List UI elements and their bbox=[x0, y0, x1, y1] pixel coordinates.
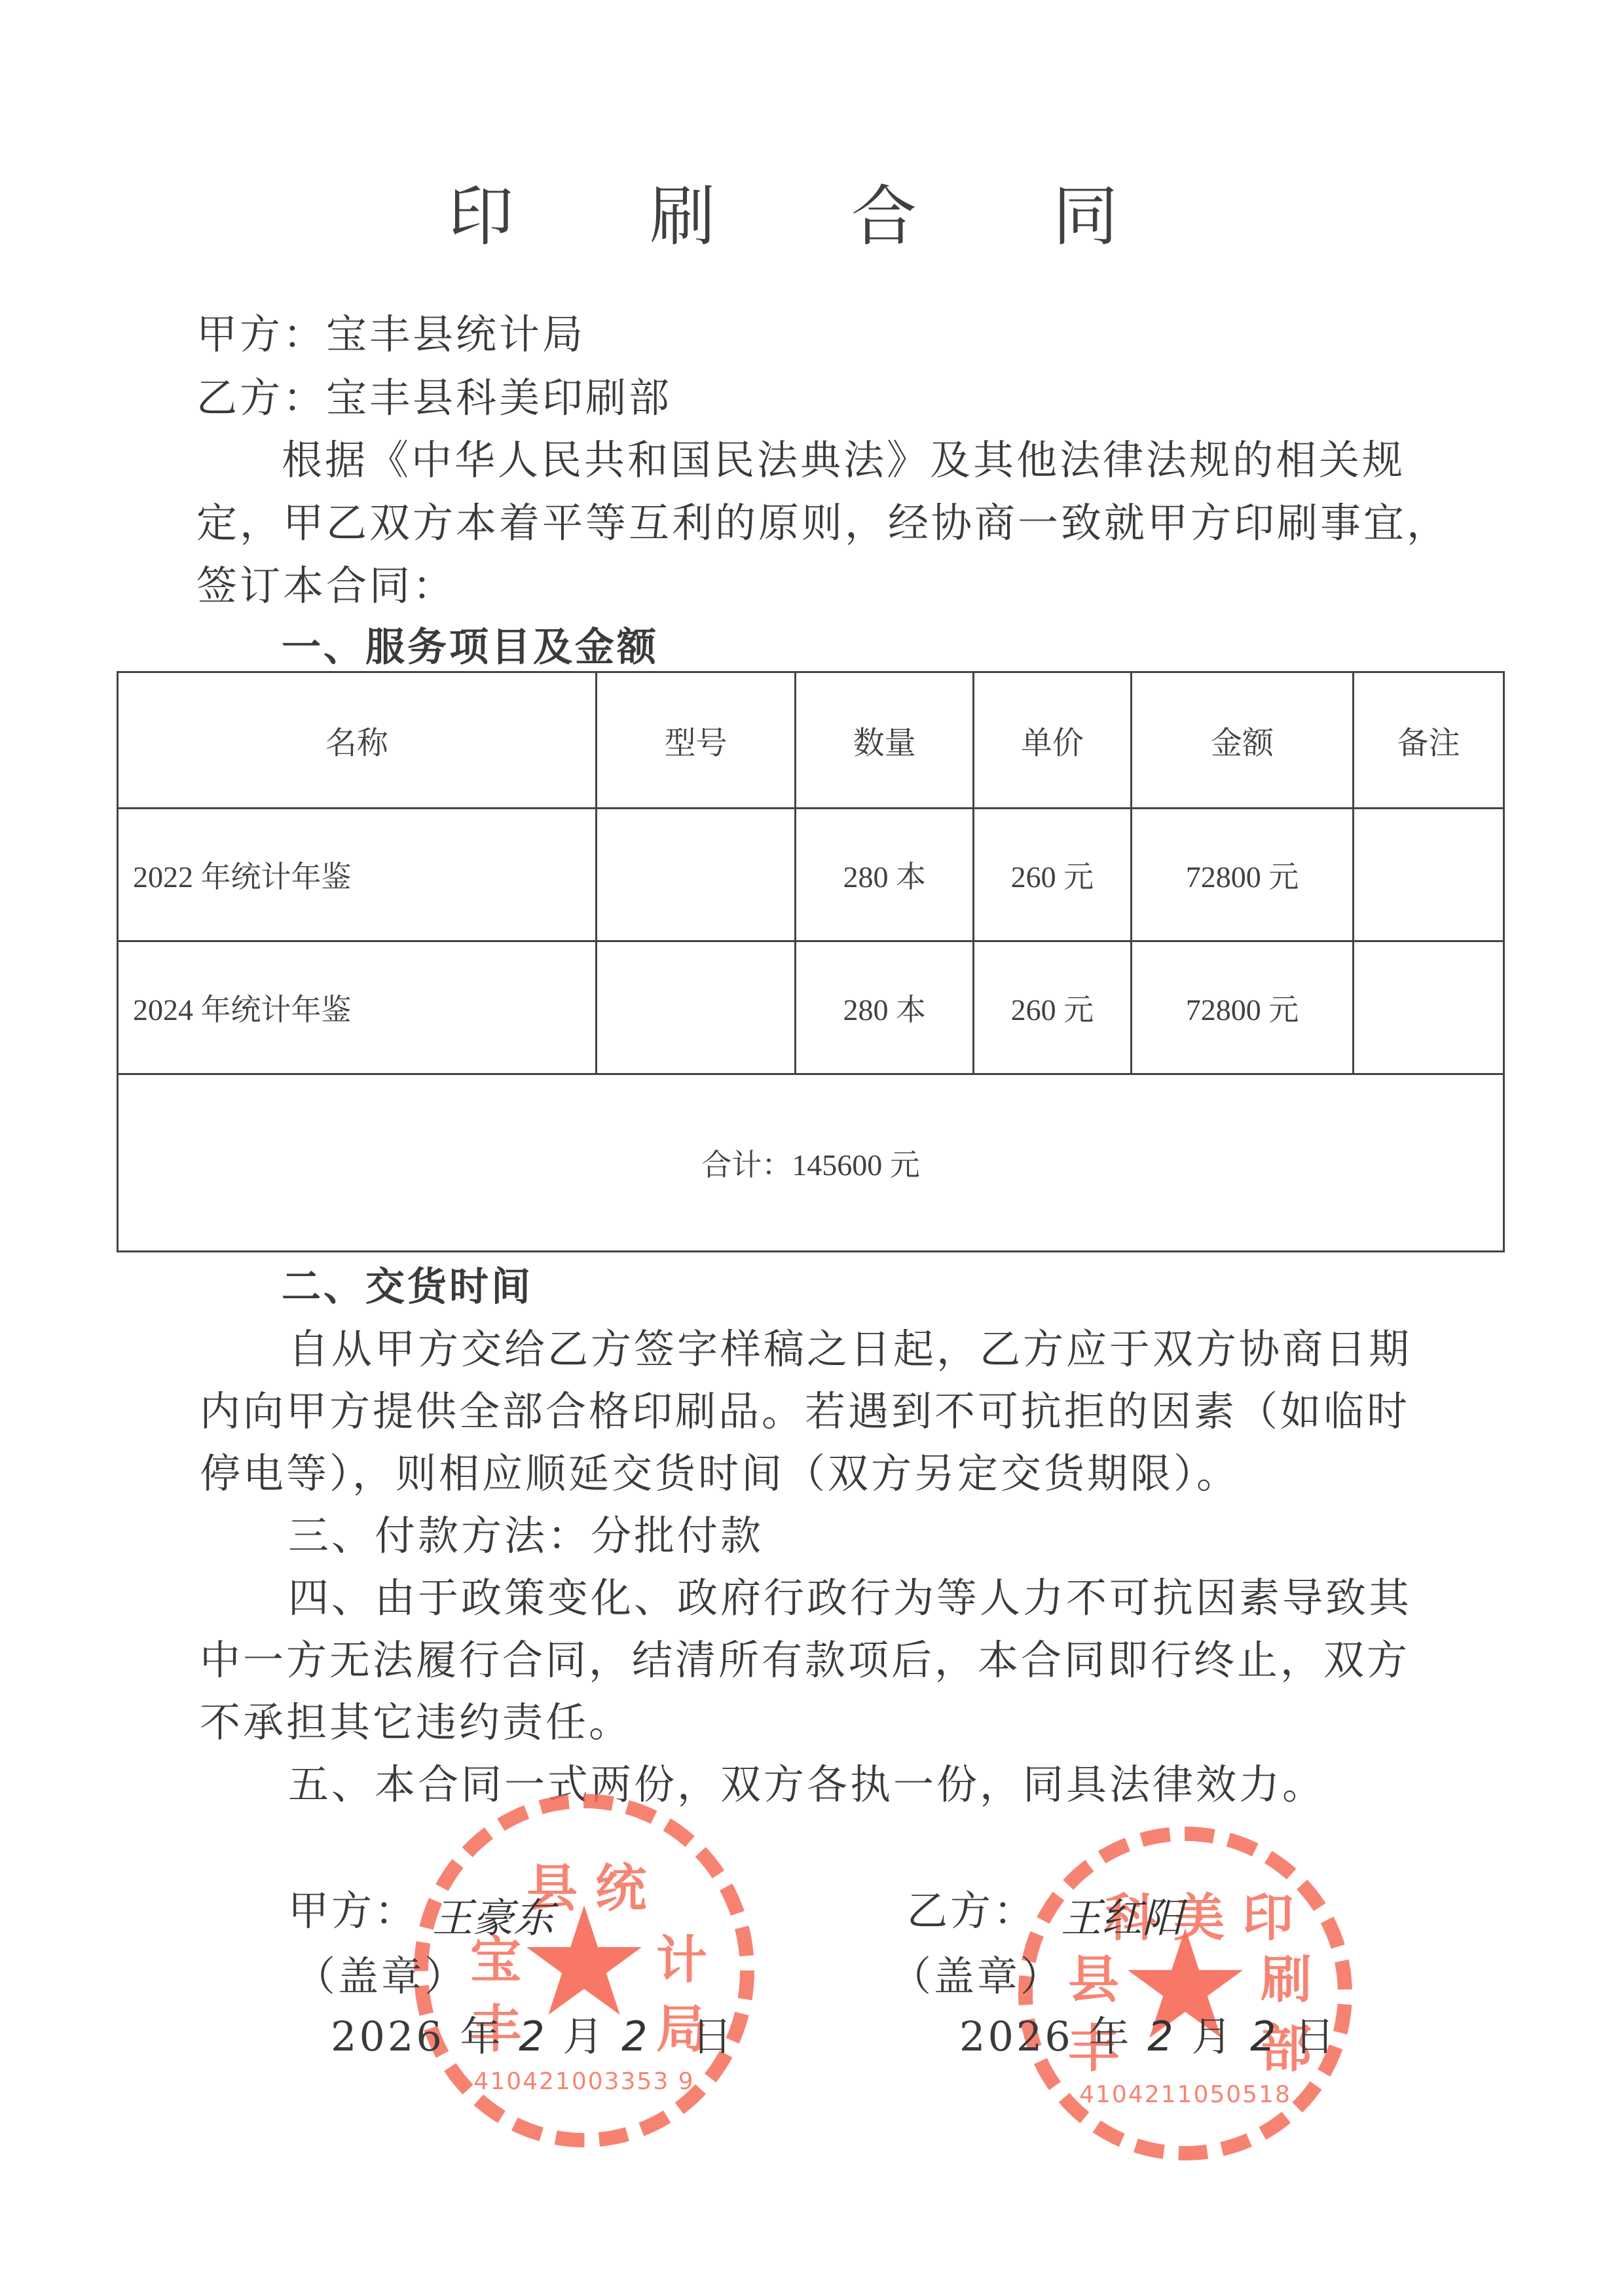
cell-quantity: 280 本 bbox=[796, 809, 974, 941]
party-b-date-month: 2 bbox=[1147, 2013, 1175, 2060]
section-2-line-3: 停电等），则相应顺延交货时间（双方另定交货期限）。 bbox=[200, 1453, 1240, 1494]
cell-model bbox=[596, 809, 796, 941]
cell-unit-price: 260 元 bbox=[974, 809, 1132, 941]
service-items-table: 名称 型号 数量 单价 金额 备注 2022 年统计年鉴 280 本 260 元… bbox=[117, 671, 1505, 1252]
seal-b-code: 4104211050518 bbox=[1033, 2081, 1338, 2108]
party-a-month-label: 月 bbox=[563, 2013, 606, 2060]
party-b-handwritten-signature: 王红阳 bbox=[1061, 1886, 1183, 1944]
cell-total: 合计：145600 元 bbox=[118, 1074, 1504, 1252]
party-a-sign-label: 甲方： bbox=[288, 1891, 418, 1931]
cell-name: 2024 年统计年鉴 bbox=[118, 941, 597, 1074]
section-2-line-1: 自从甲方交给乙方签字样稿之日起，乙方应于双方协商日期 bbox=[288, 1329, 1412, 1370]
cell-note bbox=[1354, 941, 1504, 1074]
cell-name: 2022 年统计年鉴 bbox=[118, 809, 597, 941]
header-name: 名称 bbox=[118, 672, 597, 809]
party-b-month-label: 月 bbox=[1191, 2013, 1234, 2060]
preamble-line-1: 根据《中华人民共和国民法典法》及其他法律法规的相关规 bbox=[282, 440, 1405, 481]
party-b-date-year: 2026 年 bbox=[959, 2013, 1132, 2060]
party-b-seal-label: （盖章） bbox=[891, 1956, 1063, 1997]
section-4-line-2: 中一方无法履行合同，结清所有款项后，本合同即行终止，双方 bbox=[200, 1640, 1410, 1681]
party-b-official-seal: 科 美 印 县 丰 刷 部 ★ 4104211050518 bbox=[1018, 1827, 1352, 2160]
cell-note bbox=[1354, 809, 1504, 941]
section-4-line-1: 四、由于政策变化、政府行政行为等人力不可抗因素导致其 bbox=[288, 1578, 1412, 1618]
party-a-date-day: 2 bbox=[621, 2013, 650, 2060]
section-2-line-2: 内向甲方提供全部合格印刷品。若遇到不可抗拒的因素（如临时 bbox=[200, 1391, 1410, 1432]
cell-amount: 72800 元 bbox=[1131, 941, 1354, 1074]
table-row: 2024 年统计年鉴 280 本 260 元 72800 元 bbox=[118, 941, 1504, 1074]
header-model: 型号 bbox=[596, 672, 796, 809]
party-b-line: 乙方：宝丰县科美印刷部 bbox=[196, 378, 672, 418]
cell-unit-price: 260 元 bbox=[974, 941, 1132, 1074]
party-a-date-year: 2026 年 bbox=[331, 2013, 504, 2060]
party-b-day-label: 日 bbox=[1294, 2013, 1337, 2060]
party-a-line: 甲方：宝丰县统计局 bbox=[196, 314, 585, 355]
cell-model bbox=[596, 941, 796, 1074]
party-a-day-label: 日 bbox=[692, 2013, 735, 2060]
party-a-handwritten-signature: 王豪东 bbox=[432, 1886, 554, 1944]
preamble-line-2: 定，甲乙双方本着平等互利的原则，经协商一致就甲方印刷事宜， bbox=[196, 503, 1450, 543]
section-2-heading: 二、交货时间 bbox=[282, 1267, 533, 1307]
party-a-seal-label: （盖章） bbox=[295, 1956, 468, 1997]
seal-a-code: 410421003353 9 bbox=[428, 2068, 740, 2095]
table-header-row: 名称 型号 数量 单价 金额 备注 bbox=[118, 672, 1504, 809]
header-note: 备注 bbox=[1354, 672, 1504, 809]
header-unit-price: 单价 bbox=[974, 672, 1132, 809]
party-b-sign-label: 乙方： bbox=[907, 1891, 1037, 1931]
section-5-line: 五、本合同一式两份，双方各执一份，同具法律效力。 bbox=[288, 1764, 1325, 1805]
document-title: 印 刷 合 同 bbox=[0, 164, 1624, 258]
cell-amount: 72800 元 bbox=[1131, 809, 1354, 941]
party-a-date: 2026 年 2 月 2 日 bbox=[331, 2016, 735, 2057]
party-b-date: 2026 年 2 月 2 日 bbox=[959, 2016, 1337, 2057]
party-b-date-day: 2 bbox=[1250, 2013, 1278, 2060]
header-quantity: 数量 bbox=[796, 672, 974, 809]
section-1-heading: 一、服务项目及金额 bbox=[282, 627, 659, 668]
cell-quantity: 280 本 bbox=[796, 941, 974, 1074]
party-a-date-month: 2 bbox=[519, 2013, 547, 2060]
contract-page: 印 刷 合 同 甲方：宝丰县统计局 乙方：宝丰县科美印刷部 根据《中华人民共和国… bbox=[0, 0, 1624, 2296]
section-4-line-3: 不承担其它违约责任。 bbox=[200, 1702, 632, 1743]
table-total-row: 合计：145600 元 bbox=[118, 1074, 1504, 1252]
header-amount: 金额 bbox=[1131, 672, 1354, 809]
table-row: 2022 年统计年鉴 280 本 260 元 72800 元 bbox=[118, 809, 1504, 941]
preamble-line-3: 签订本合同： bbox=[196, 566, 456, 606]
section-3-line: 三、付款方法：分批付款 bbox=[288, 1516, 764, 1556]
